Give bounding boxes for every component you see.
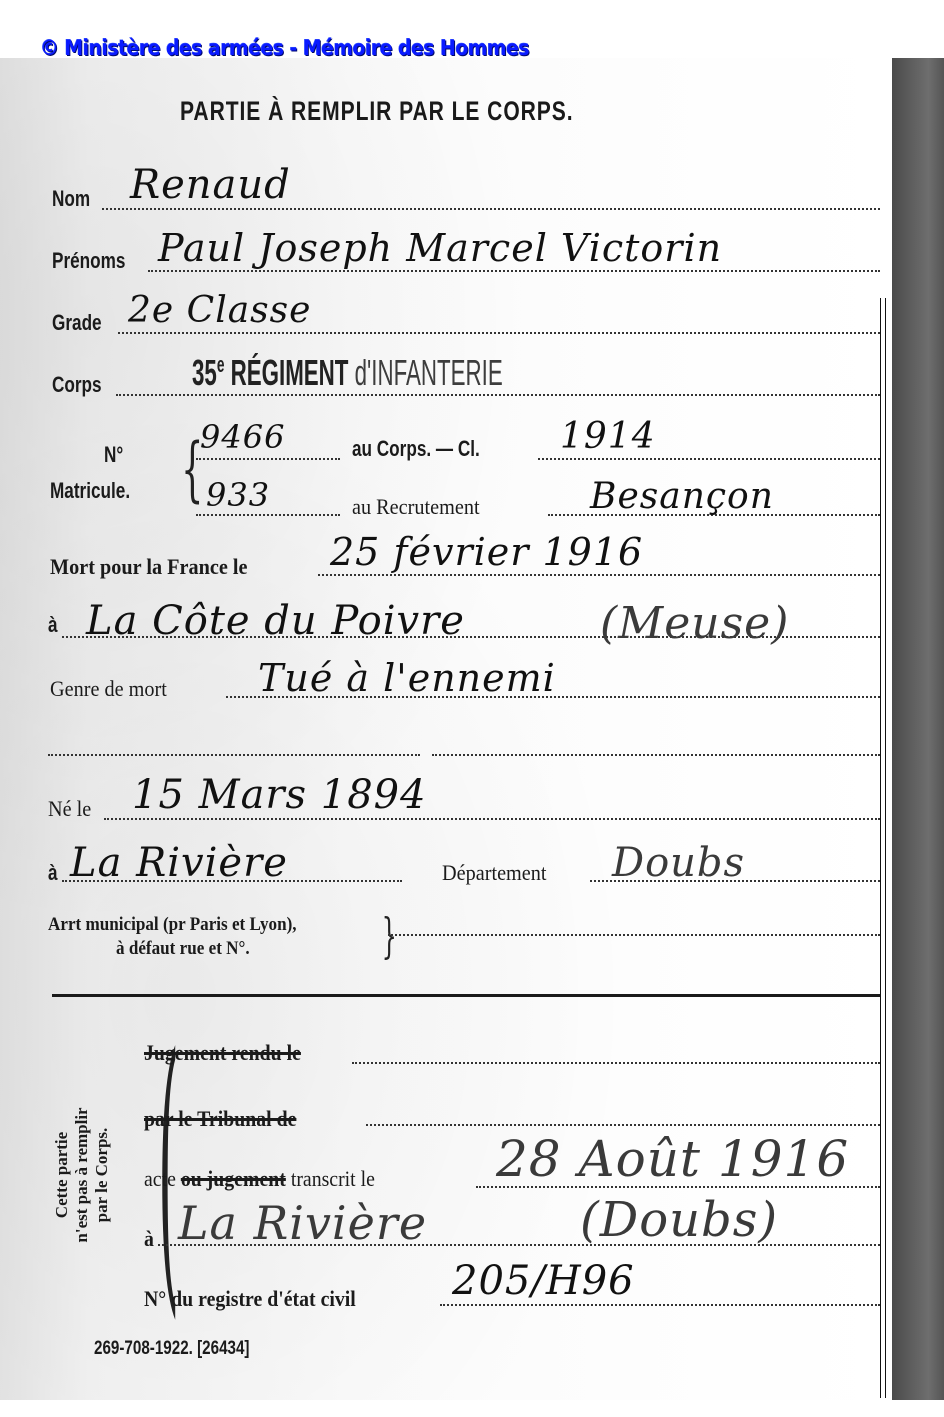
matricule-corps-line	[196, 458, 340, 460]
genre-mort-value: Tué à l'ennemi	[258, 656, 556, 700]
arrondissement-line	[388, 934, 880, 936]
civil-lieu-label: à	[144, 1226, 154, 1252]
arrondissement-brace: }	[382, 908, 397, 964]
tribunal-line	[366, 1124, 880, 1126]
nom-label: Nom	[52, 186, 90, 212]
matricule-recrutement-line	[196, 514, 340, 516]
lieu-mort-label: à	[48, 612, 58, 638]
recrutement-place: Besançon	[590, 476, 774, 517]
matricule-no-label: N°	[104, 442, 123, 468]
jugement-line	[352, 1062, 880, 1064]
lieu-mort-value: La Côte du Poivre	[86, 598, 465, 644]
arrondissement-label-line2: à défaut rue et N°.	[116, 938, 250, 960]
matricule-label: Matricule.	[50, 478, 130, 504]
tribunal-label: par le Tribunal de	[144, 1106, 296, 1132]
corps-stamp: 35e RÉGIMENT d'INFANTERIE	[192, 352, 503, 394]
note-line2: n'est pas à remplir	[72, 1060, 92, 1290]
acte-label-b: transcrit le	[291, 1166, 375, 1191]
arrondissement-label-line1: Arrt municipal (pr Paris et Lyon),	[48, 914, 297, 936]
lieu-naissance-value: La Rivière	[70, 840, 288, 886]
civil-lieu-dept: (Doubs)	[580, 1192, 778, 1248]
mort-line	[318, 574, 880, 576]
au-corps-label: au Corps. — Cl.	[352, 436, 480, 462]
grade-line	[118, 332, 880, 334]
blank-line	[48, 754, 420, 756]
blank-line	[432, 754, 880, 756]
prenoms-label: Prénoms	[52, 248, 125, 274]
prenoms-value: Paul Joseph Marcel Victorin	[158, 226, 722, 270]
mort-value: 25 février 1916	[330, 530, 643, 574]
departement-label: Département	[442, 860, 547, 886]
classe-value: 1914	[560, 416, 656, 457]
civil-lieu-value: La Rivière	[178, 1196, 427, 1250]
genre-mort-label: Genre de mort	[50, 676, 167, 702]
prenoms-line	[148, 270, 880, 272]
registre-label: N° du registre d'état civil	[144, 1286, 356, 1312]
au-recrutement-label: au Recrutement	[352, 494, 480, 520]
classe-line	[538, 458, 880, 460]
note-line3: par le Corps.	[92, 1060, 112, 1290]
departement-value: Doubs	[612, 840, 745, 886]
civil-section-note: Cette partie n'est pas à remplir par le …	[52, 1060, 112, 1290]
acte-value: 28 Août 1916	[496, 1130, 849, 1188]
bottom-margin	[0, 1400, 944, 1417]
acte-label-a: acte	[144, 1166, 176, 1191]
lieu-naissance-label: à	[48, 860, 58, 886]
ne-le-value: 15 Mars 1894	[132, 772, 427, 818]
registre-value: 205/H96	[452, 1258, 635, 1304]
binding-edge	[892, 58, 944, 1400]
stamp-number: 35	[192, 352, 217, 393]
stamp-infanterie: d'INFANTERIE	[348, 352, 502, 393]
copyright-watermark: © Ministère des armées - Mémoire des Hom…	[40, 36, 529, 60]
lieu-mort-dept: (Meuse)	[600, 598, 789, 649]
corps-line	[116, 394, 880, 396]
form-heading: PARTIE À REMPLIR PAR LE CORPS.	[180, 96, 574, 127]
corps-label: Corps	[52, 372, 102, 398]
matricule-corps-number: 9466	[200, 418, 285, 456]
matricule-recrutement-number: 933	[206, 476, 270, 514]
ne-le-line	[104, 818, 880, 820]
ne-le-label: Né le	[48, 796, 91, 822]
registre-line	[440, 1304, 880, 1306]
page-border-line	[885, 298, 886, 1398]
form-print-code: 269-708-1922. [26434]	[94, 1338, 250, 1360]
jugement-label: Jugement rendu le	[144, 1040, 301, 1066]
nom-line	[102, 208, 880, 210]
mort-label: Mort pour la France le	[50, 554, 247, 580]
acte-label-struck: ou jugement	[181, 1166, 286, 1191]
grade-value: 2e Classe	[128, 290, 311, 331]
page-border-line	[880, 298, 881, 1398]
note-line1: Cette partie	[52, 1060, 72, 1290]
stamp-regiment: RÉGIMENT	[224, 352, 348, 393]
grade-label: Grade	[52, 310, 102, 336]
acte-label: acte ou jugement transcrit le	[144, 1166, 375, 1192]
nom-value: Renaud	[130, 162, 291, 208]
